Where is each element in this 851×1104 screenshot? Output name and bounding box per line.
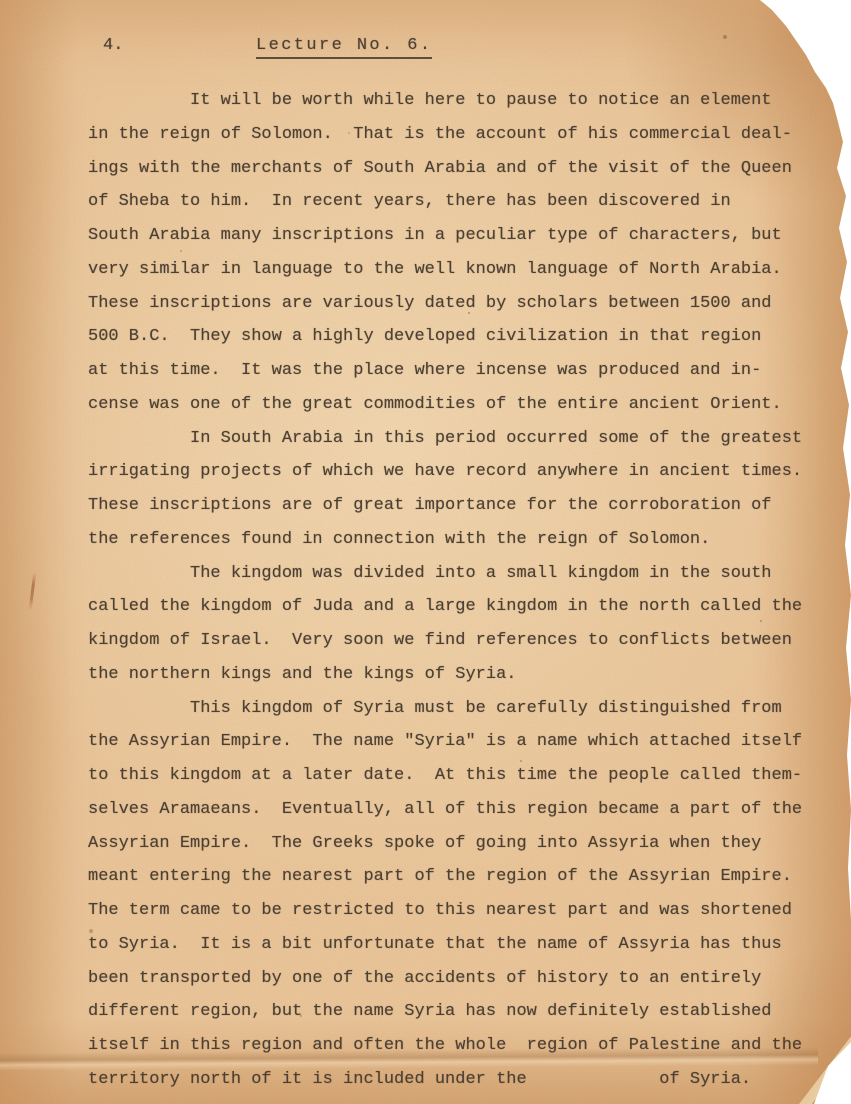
text-line: irrigating projects of which we have rec… <box>88 455 828 489</box>
document-body: It will be worth while here to pause to … <box>88 84 828 1097</box>
text-line: itself in this region and often the whol… <box>88 1029 828 1063</box>
text-line: The kingdom was divided into a small kin… <box>88 557 828 591</box>
paper-sheet: 4. Lecture No. 6. It will be worth while… <box>0 0 851 1104</box>
text-line: at this time. It was the place where inc… <box>88 354 828 388</box>
text-line: meant entering the nearest part of the r… <box>88 860 828 894</box>
text-line: It will be worth while here to pause to … <box>88 84 828 118</box>
text-line: This kingdom of Syria must be carefully … <box>88 692 828 726</box>
text-line: been transported by one of the accidents… <box>88 962 828 996</box>
text-line: called the kingdom of Juda and a large k… <box>88 590 828 624</box>
text-line: ings with the merchants of South Arabia … <box>88 152 828 186</box>
scanned-page: 4. Lecture No. 6. It will be worth while… <box>0 0 851 1104</box>
scratch-mark <box>29 572 37 610</box>
text-line: the northern kings and the kings of Syri… <box>88 658 828 692</box>
text-line: the references found in connection with … <box>88 523 828 557</box>
text-line: different region, but the name Syria has… <box>88 995 828 1029</box>
text-line: The term came to be restricted to this n… <box>88 894 828 928</box>
text-line: the Assyrian Empire. The name "Syria" is… <box>88 725 828 759</box>
text-line: very similar in language to the well kno… <box>88 253 828 287</box>
text-line: These inscriptions are of great importan… <box>88 489 828 523</box>
text-line: of Sheba to him. In recent years, there … <box>88 185 828 219</box>
text-line: South Arabia many inscriptions in a pecu… <box>88 219 828 253</box>
text-line: kingdom of Israel. Very soon we find ref… <box>88 624 828 658</box>
text-line: to this kingdom at a later date. At this… <box>88 759 828 793</box>
text-line: cense was one of the great commodities o… <box>88 388 828 422</box>
text-line: 500 B.C. They show a highly developed ci… <box>88 320 828 354</box>
lecture-title: Lecture No. 6. <box>256 36 432 59</box>
page-number: 4. <box>103 36 123 55</box>
text-line: to Syria. It is a bit unfortunate that t… <box>88 928 828 962</box>
text-line: These inscriptions are variously dated b… <box>88 287 828 321</box>
text-line: In South Arabia in this period occurred … <box>88 422 828 456</box>
text-line: territory north of it is included under … <box>88 1063 828 1097</box>
text-line: selves Aramaeans. Eventually, all of thi… <box>88 793 828 827</box>
text-line: in the reign of Solomon. That is the acc… <box>88 118 828 152</box>
text-line: Assyrian Empire. The Greeks spoke of goi… <box>88 827 828 861</box>
